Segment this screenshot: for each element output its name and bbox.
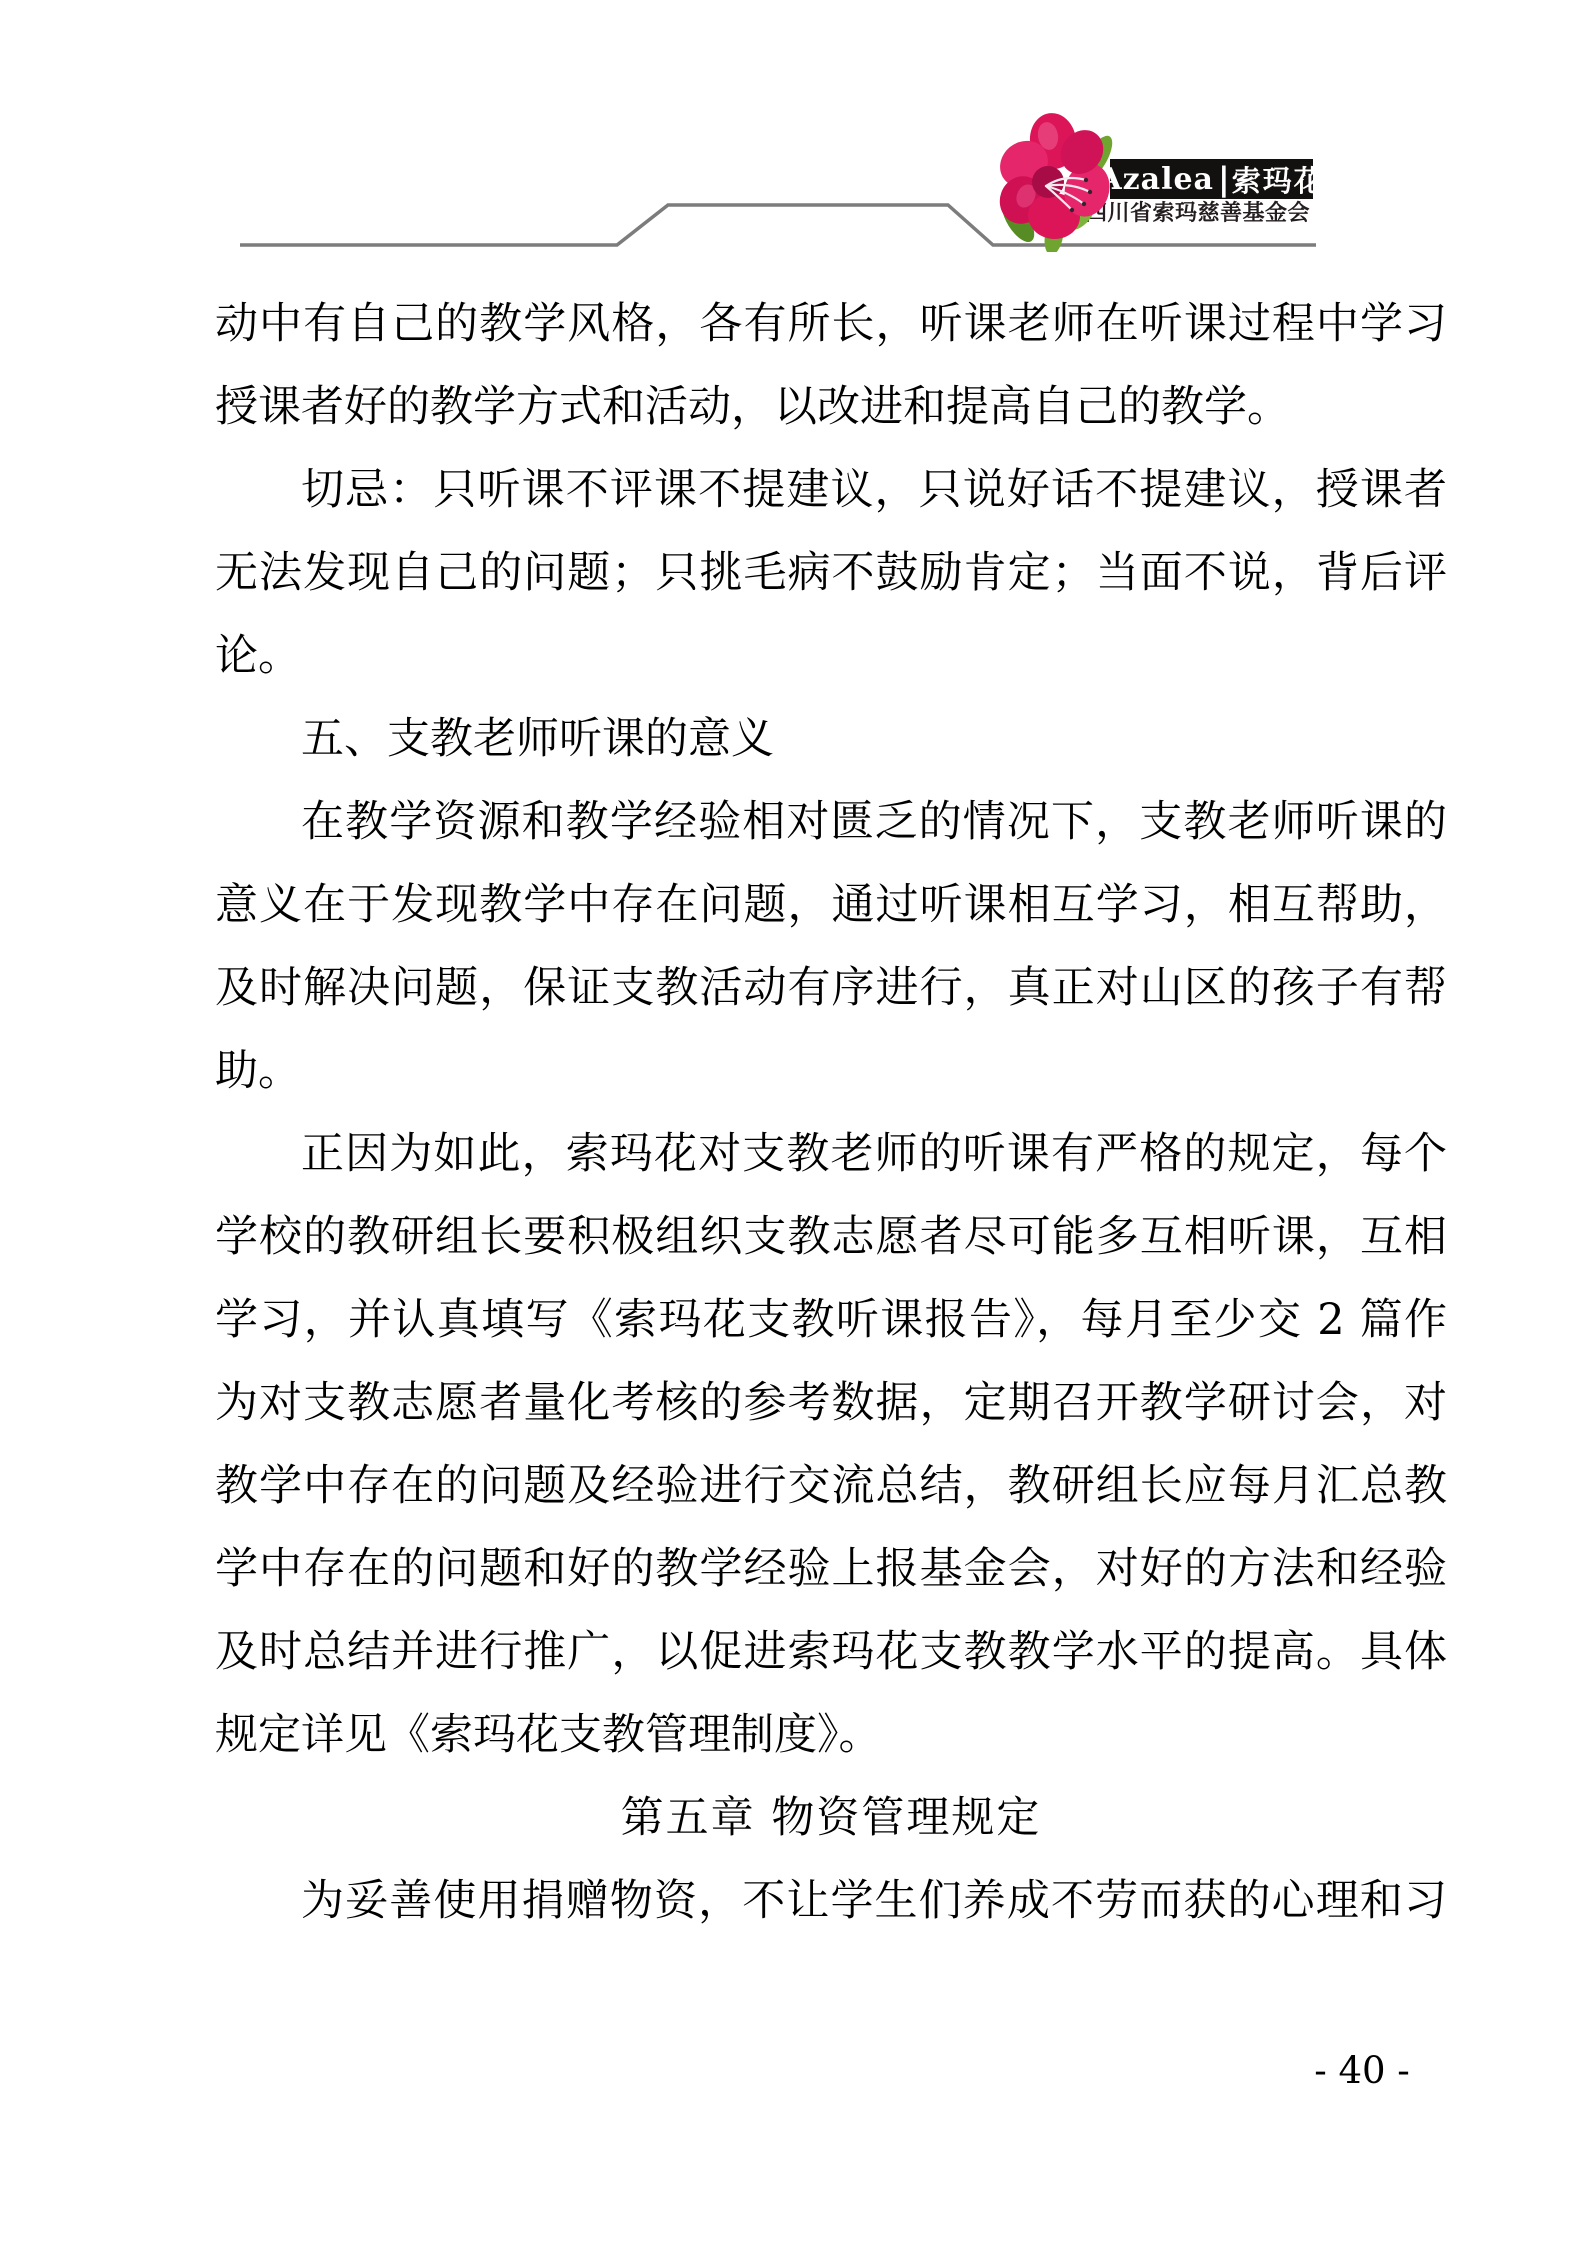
text-line: 切忌：只听课不评课不提建议，只说好话不提建议，授课者 bbox=[215, 449, 1447, 532]
text-line: 助。 bbox=[215, 1030, 1447, 1113]
page-number: - 40 - bbox=[1308, 2049, 1416, 2093]
text-line: 动中有自己的教学风格，各有所长，听课老师在听课过程中学习 bbox=[215, 283, 1447, 366]
logo-banner: Azalea | 索玛花 bbox=[1110, 159, 1313, 199]
text-line: 在教学资源和教学经验相对匮乏的情况下，支教老师听课的 bbox=[215, 781, 1447, 864]
text-line: 授课者好的教学方式和活动，以改进和提高自己的教学。 bbox=[215, 366, 1447, 449]
text-line: 及时总结并进行推广，以促进索玛花支教教学水平的提高。具体 bbox=[215, 1611, 1447, 1694]
text-line: 无法发现自己的问题；只挑毛病不鼓励肯定；当面不说，背后评 bbox=[215, 532, 1447, 615]
text-line: 教学中存在的问题及经验进行交流总结，教研组长应每月汇总教 bbox=[215, 1445, 1447, 1528]
text-line: 为妥善使用捐赠物资，不让学生们养成不劳而获的心理和习 bbox=[215, 1860, 1447, 1943]
azalea-flower-icon bbox=[996, 110, 1116, 252]
text-line: 规定详见《索玛花支教管理制度》。 bbox=[215, 1694, 1447, 1777]
header-decorative-rule bbox=[0, 0, 1587, 300]
chapter-heading: 第五章 物资管理规定 bbox=[215, 1777, 1447, 1860]
text-line: 为对支教志愿者量化考核的参考数据，定期召开教学研讨会，对 bbox=[215, 1362, 1447, 1445]
text-line: 正因为如此，索玛花对支教老师的听课有严格的规定，每个 bbox=[215, 1113, 1447, 1196]
document-body: 动中有自己的教学风格，各有所长，听课老师在听课过程中学习 授课者好的教学方式和活… bbox=[215, 283, 1447, 1943]
logo-org-name: 四川省索玛慈善基金会 bbox=[1085, 201, 1307, 227]
logo-brand-zh: 索玛花 bbox=[1232, 159, 1325, 200]
text-line: 学中存在的问题和好的教学经验上报基金会，对好的方法和经验 bbox=[215, 1528, 1447, 1611]
text-line: 论。 bbox=[215, 615, 1447, 698]
text-line: 学校的教研组长要积极组织支教志愿者尽可能多互相听课，互相 bbox=[215, 1196, 1447, 1279]
text-line: 及时解决问题，保证支教活动有序进行，真正对山区的孩子有帮 bbox=[215, 947, 1447, 1030]
text-line: 学习，并认真填写《索玛花支教听课报告》，每月至少交 2 篇作 bbox=[215, 1279, 1447, 1362]
section-heading: 五、支教老师听课的意义 bbox=[215, 698, 1447, 781]
text-line: 意义在于发现教学中存在问题，通过听课相互学习，相互帮助， bbox=[215, 864, 1447, 947]
logo-separator: | bbox=[1218, 163, 1230, 195]
